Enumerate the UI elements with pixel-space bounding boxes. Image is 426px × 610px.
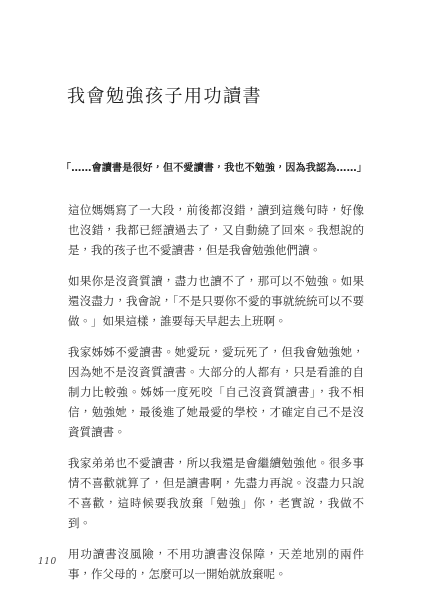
body-text: 這位媽媽寫了一大段，前後都沒錯，讀到這幾句時，好像也沒錯，我都已經讀過去了，又自… xyxy=(68,200,364,584)
page-number: 110 xyxy=(38,557,57,567)
body-paragraph: 用功讀書沒風險，不用功讀書沒保障，天差地別的兩件事，作父母的，怎麼可以一開始就放… xyxy=(68,544,364,584)
body-paragraph: 我家姊姊不愛讀書。她愛玩，愛玩死了，但我會勉強她，因為她不是沒資質讀書。大部分的… xyxy=(68,342,364,442)
body-paragraph: 我家弟弟也不愛讀書，所以我還是會繼續勉強他。很多事情不喜歡就算了，但是讀書啊，先… xyxy=(68,453,364,533)
page-title: 我會勉強孩子用功讀書 xyxy=(67,82,262,108)
chapter-quote: 「……會讀書是很好，但不愛讀書，我也不勉強，因為我認為……」 xyxy=(61,159,367,174)
book-page: 我會勉強孩子用功讀書 「……會讀書是很好，但不愛讀書，我也不勉強，因為我認為……… xyxy=(0,0,426,610)
body-paragraph: 如果你是沒資質讀，盡力也讀不了，那可以不勉強。如果還沒盡力，我會說，「不是只要你… xyxy=(68,271,364,331)
body-paragraph: 這位媽媽寫了一大段，前後都沒錯，讀到這幾句時，好像也沒錯，我都已經讀過去了，又自… xyxy=(68,200,364,260)
